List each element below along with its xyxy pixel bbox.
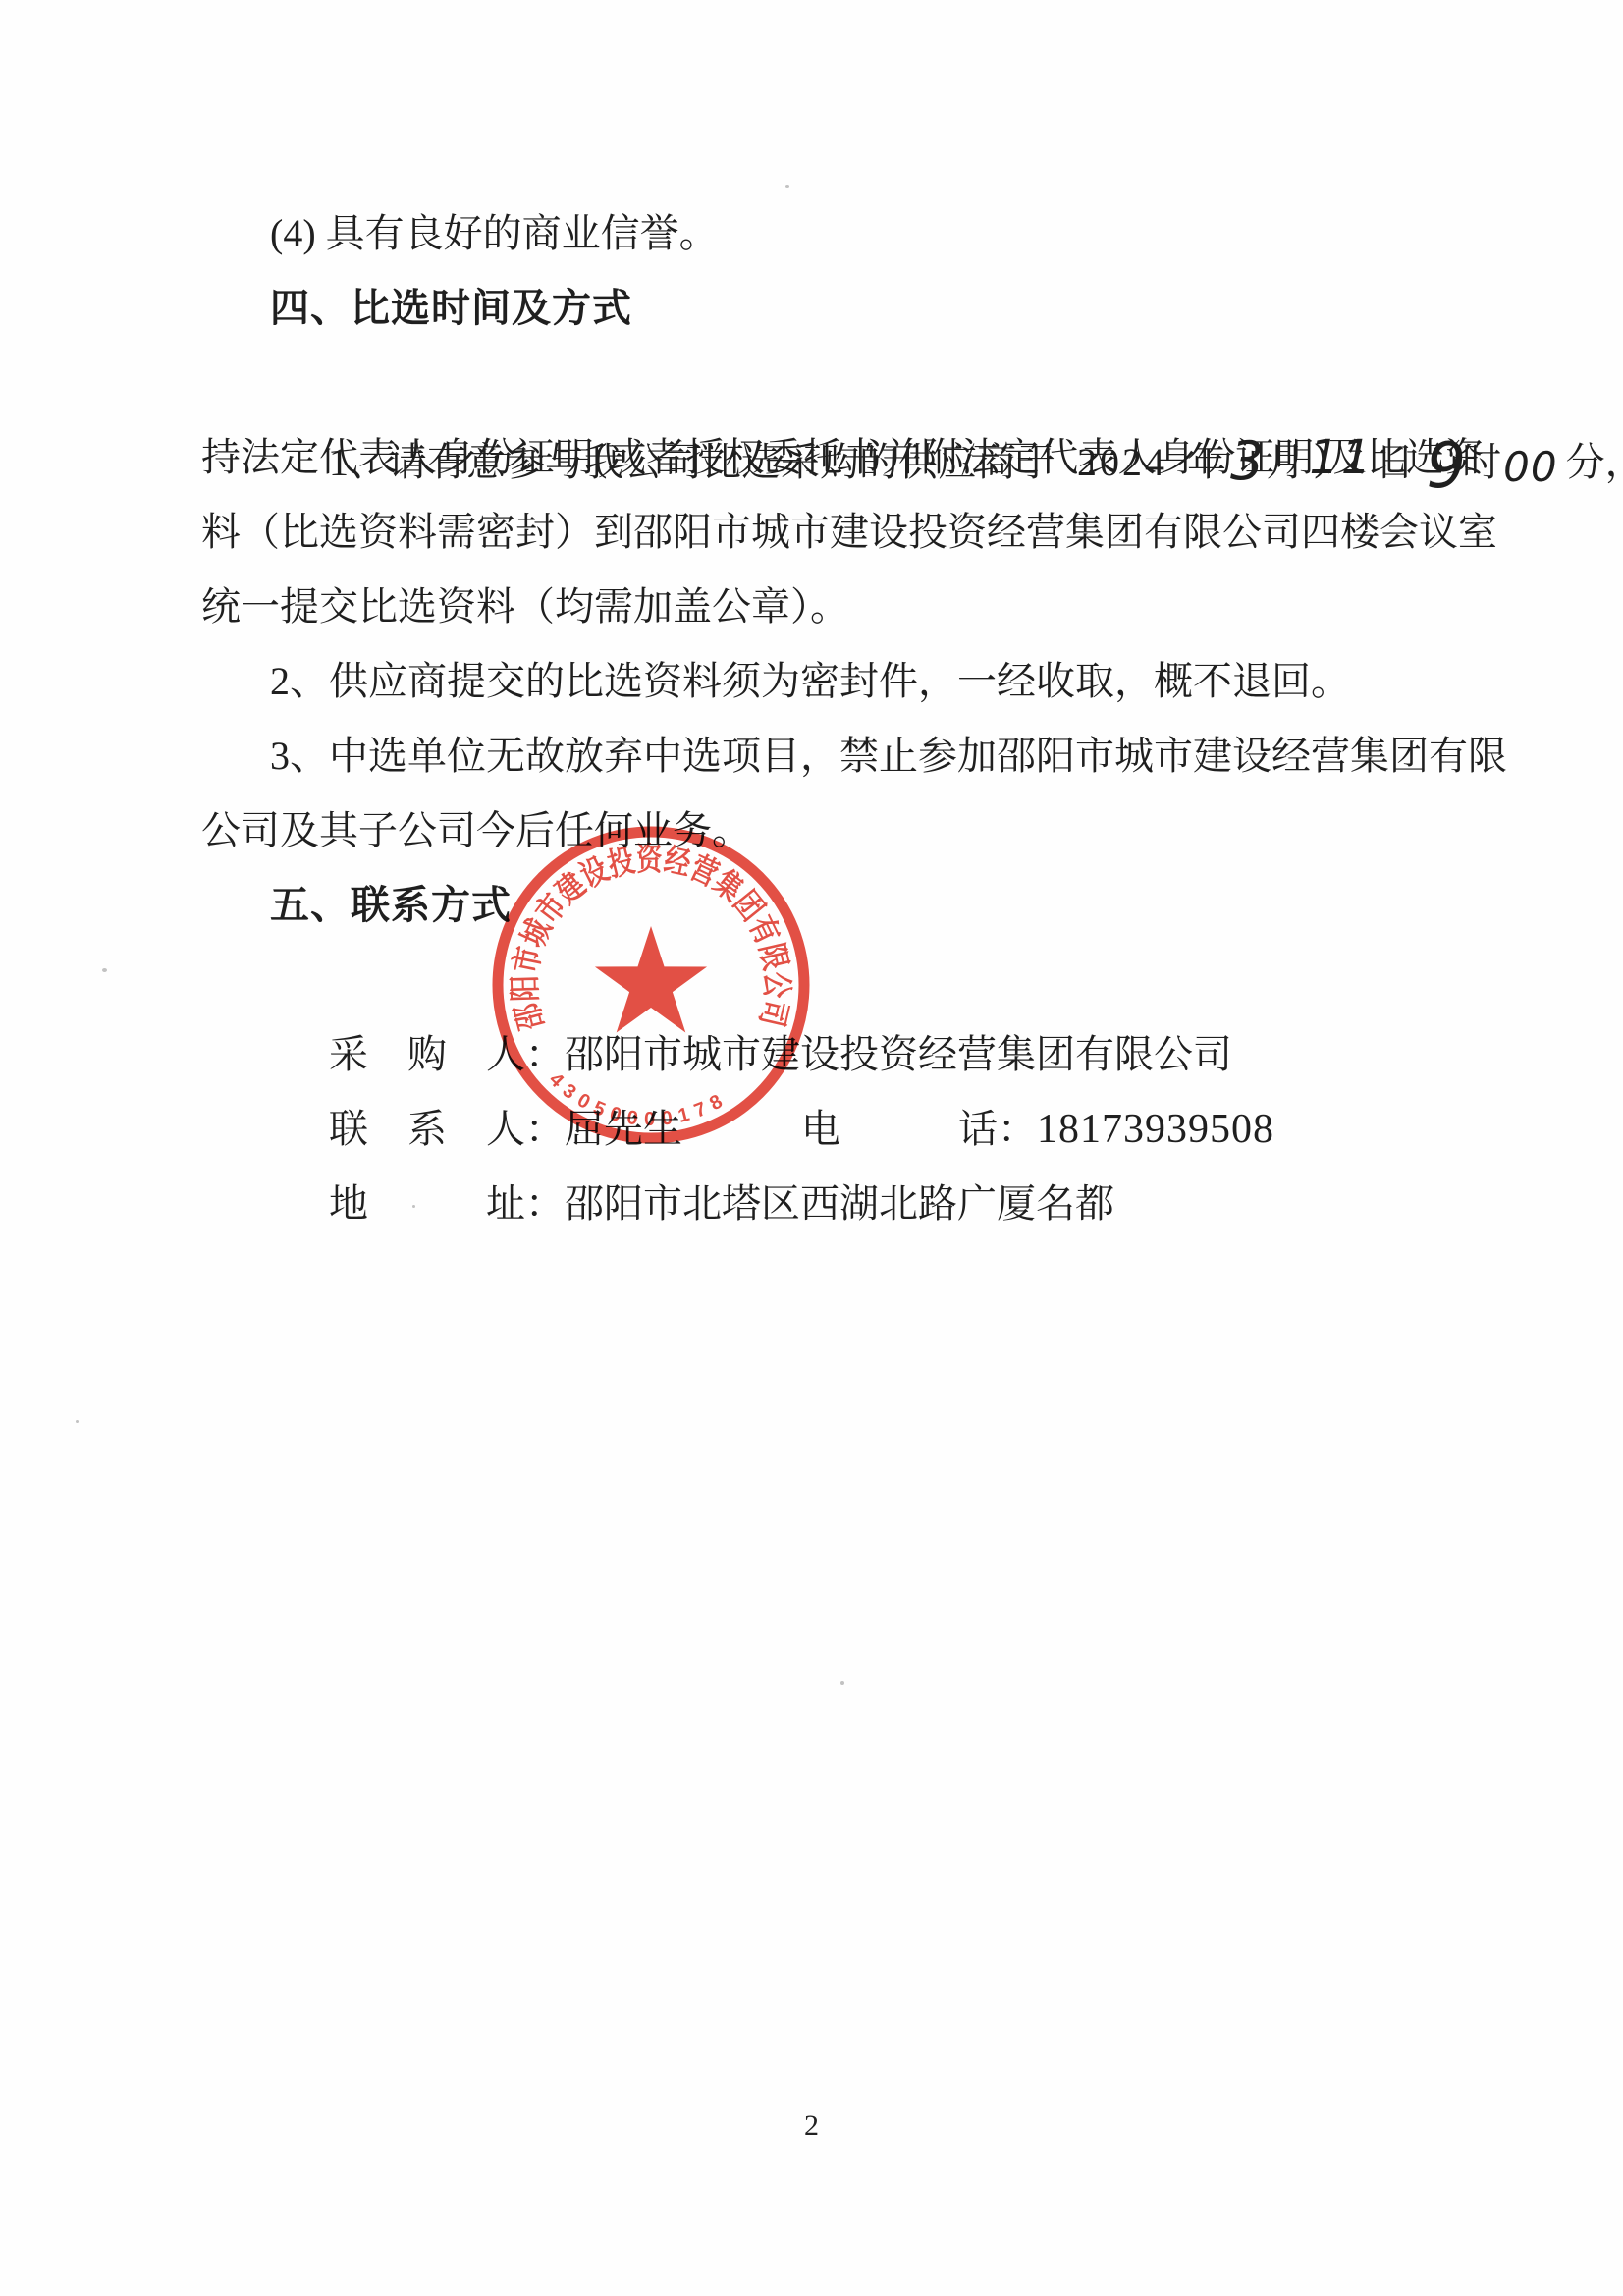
paragraph-1-line-3: 料（比选资料需密封）到邵阳市城市建设投资经营集团有限公司四楼会议室 [201, 495, 1497, 570]
clause-item-4: (4) 具有良好的商业信誉。 [201, 196, 1497, 271]
document-body: (4) 具有良好的商业信誉。 四、比选时间及方式 1、请有意参与我公司比选采购的… [201, 196, 1497, 1167]
contact-row-address: 地 址：邵阳市北塔区西湖北路广厦名都 [201, 1092, 1497, 1167]
handwritten-minute: 00 [1503, 443, 1557, 491]
paragraph-2: 2、供应商提交的比选资料须为密封件，一经收取，概不退回。 [201, 644, 1497, 719]
scan-speck [412, 1205, 415, 1208]
paragraph-1-line-2: 持法定代表人身份证明(或者授权委托书并附法定代表人身份证明)及比选资 [201, 420, 1497, 495]
paragraph-1-line-1: 1、请有意参与我公司比选采购的供应商于2024年3月11日9时00分， [201, 346, 1497, 420]
scan-speck [840, 1681, 844, 1685]
minute-unit-comma: 分， [1566, 440, 1623, 484]
scan-speck [785, 185, 789, 188]
address-label: 地 址： [329, 1181, 565, 1226]
page-number: 2 [0, 2109, 1623, 2143]
scan-speck [102, 968, 107, 972]
official-seal: 邵阳市城市建设投资经营集团有限公司 43050000178 [484, 818, 818, 1152]
section-heading-4: 四、比选时间及方式 [201, 271, 1497, 346]
contact-row-buyer: 采 购 人：邵阳市城市建设投资经营集团有限公司 [201, 943, 1497, 1017]
scan-speck [76, 1420, 79, 1423]
paragraph-3-line-1: 3、中选单位无故放弃中选项目，禁止参加邵阳市城市建设经营集团有限 [201, 719, 1497, 793]
paragraph-1-line-4: 统一提交比选资料（均需加盖公章）。 [201, 570, 1497, 644]
paragraph-3-line-2: 公司及其子公司今后任何业务。 [201, 793, 1497, 868]
contact-row-person: 联 系 人：屈先生 电 话：18173939508 [201, 1017, 1497, 1092]
seal-star-icon [595, 926, 707, 1033]
scanned-document-page: (4) 具有良好的商业信誉。 四、比选时间及方式 1、请有意参与我公司比选采购的… [0, 0, 1623, 2296]
section-heading-5: 五、联系方式 [201, 868, 1497, 943]
address-value: 邵阳市北塔区西湖北路广厦名都 [565, 1181, 1114, 1226]
